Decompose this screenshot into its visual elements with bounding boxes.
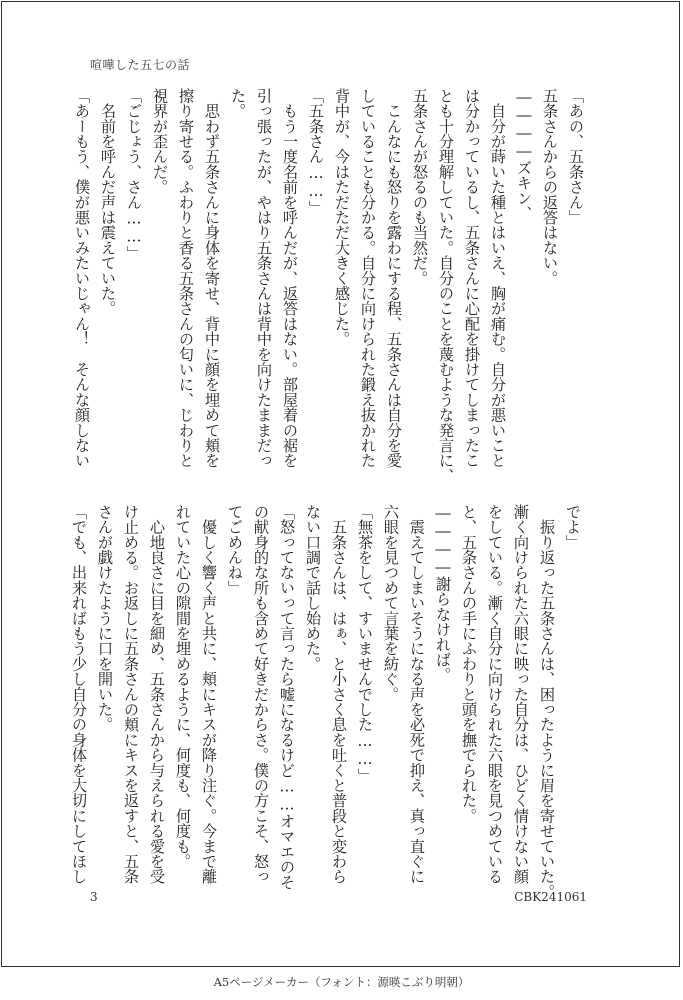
text-column: 背中が、今はただただ大きく感じた。 bbox=[329, 88, 355, 460]
text-column: 心地良さに目を細め、五条さんから与えられる愛を受 bbox=[144, 504, 170, 876]
text-block-top: 「あの、五条さん」 五条さんからの返答はない。 ――――ズキン、 自分が蒔いた種… bbox=[93, 88, 589, 460]
text-column: は分かっているし、五条さんに心配を掛けてしまったこ bbox=[459, 88, 485, 460]
text-column: 「あーもう、僕が悪いみたいじゃん！ そんな顔しない bbox=[69, 88, 95, 460]
text-column: 六眼を見つめて言葉を紡ぐ。 bbox=[378, 504, 404, 876]
text-column: でよ」 bbox=[560, 504, 586, 876]
text-column: 振り返った五条さんは、困ったように眉を寄せていた。 bbox=[534, 504, 560, 876]
text-column: け止める。お返しに五条さんの頬にキスを返すと、五条 bbox=[118, 504, 144, 876]
text-column: こんなにも怒りを露わにする程、五条さんは自分を愛 bbox=[381, 88, 407, 460]
text-column: 引っ張ったが、やはり五条さんは背中を向けたままだっ bbox=[251, 88, 277, 460]
text-column: していることも分かる。自分に向けられた鍛え抜かれた bbox=[355, 88, 381, 460]
text-column: をしている。漸く自分に向けられた六眼を見つめている bbox=[482, 504, 508, 876]
text-column: 震えてしまいそうになる声を必死で抑え、真っ直ぐに bbox=[404, 504, 430, 876]
text-column: た。 bbox=[225, 88, 251, 460]
text-column: 思わず五条さんに身体を寄せ、背中に顔を埋めて頬を bbox=[199, 88, 225, 460]
text-column: 漸く向けられた六眼に映った自分は、ひどく情けない顔 bbox=[508, 504, 534, 876]
document-code: CBK241061 bbox=[514, 890, 587, 904]
text-column: 「無茶をして、すいませんでした……」 bbox=[352, 504, 378, 876]
text-column: 自分が蒔いた種とはいえ、胸が痛む。自分が悪いこと bbox=[485, 88, 511, 460]
text-column: 名前を呼んだ声は震えていた。 bbox=[95, 88, 121, 460]
text-column: 五条さんは、はぁ、と小さく息を吐くと普段と変わら bbox=[326, 504, 352, 876]
text-column: と、五条さんの手にふわりと頭を撫でられた。 bbox=[456, 504, 482, 876]
text-column: もう一度名前を呼んだが、返答はない。部屋着の裾を bbox=[277, 88, 303, 460]
text-column: 「怒ってないって言ったら嘘になるけど……オマエのそ bbox=[274, 504, 300, 876]
text-column: てごめんね」 bbox=[222, 504, 248, 876]
text-column: 「あの、五条さん」 bbox=[563, 88, 589, 460]
text-column: 五条さんからの返答はない。 bbox=[537, 88, 563, 460]
text-column: ――――謝らなければ。 bbox=[430, 504, 456, 876]
text-column: 擦り寄せる。ふわりと香る五条さんの匂いに、じわりと bbox=[173, 88, 199, 460]
generator-credit: A5ページメーカー（フォント：源暎こぶり明朝） bbox=[0, 974, 683, 990]
text-column: 五条さんが怒るのも当然だ。 bbox=[407, 88, 433, 460]
text-column: 視界が歪んだ。 bbox=[147, 88, 173, 460]
text-column: ない口調で話し始めた。 bbox=[300, 504, 326, 876]
book-page: 喧嘩した五七の話 「あの、五条さん」 五条さんからの返答はない。 ――――ズキン… bbox=[1, 1, 680, 967]
text-column: ――――ズキン、 bbox=[511, 88, 537, 460]
text-column: の献身的な所も含めて好きだからさ。僕の方こそ、怒っ bbox=[248, 504, 274, 876]
page-number: 3 bbox=[90, 890, 98, 904]
text-column: れていた心の隙間を埋めるように、何度も、何度も。 bbox=[170, 504, 196, 876]
text-column: 「ごじょう、さん……」 bbox=[121, 88, 147, 460]
text-column: 「五条さん……」 bbox=[303, 88, 329, 460]
text-block-bottom: でよ」 振り返った五条さんは、困ったように眉を寄せていた。 漸く向けられた六眼に… bbox=[93, 504, 589, 876]
text-column: とも十分理解していた。自分のことを蔑むような発言に、 bbox=[433, 88, 459, 460]
text-column: さんが戯けたように口を開いた。 bbox=[92, 504, 118, 876]
running-header: 喧嘩した五七の話 bbox=[90, 56, 190, 73]
text-column: 優しく響く声と共に、頬にキスが降り注ぐ。今まで離 bbox=[196, 504, 222, 876]
text-column: 「でも、出来ればもう少し自分の身体を大切にしてほし bbox=[66, 504, 92, 876]
